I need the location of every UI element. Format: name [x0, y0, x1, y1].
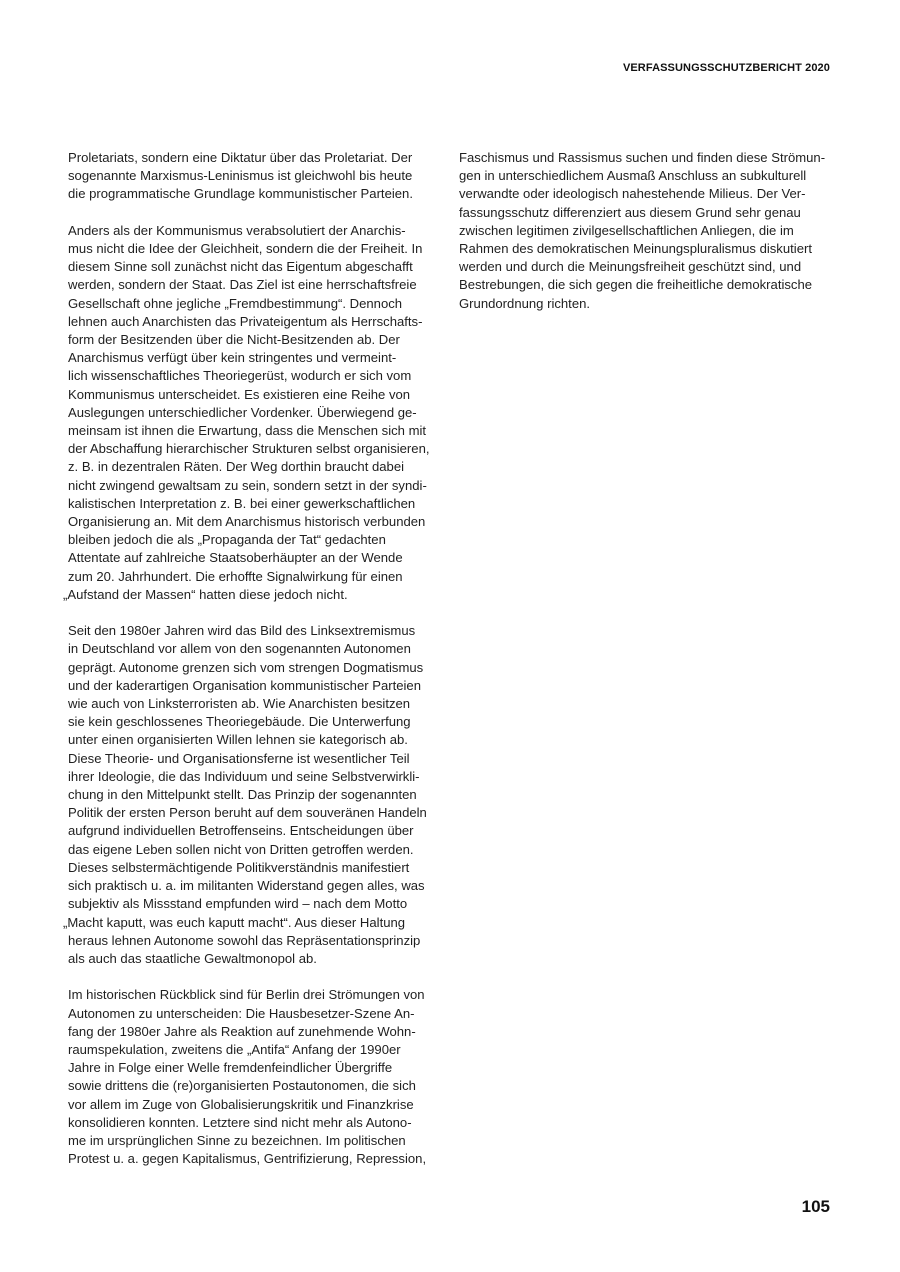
text-line: gen in unterschiedlichem Ausmaß Anschlus…	[459, 167, 839, 185]
text-line: Faschismus und Rassismus suchen und find…	[459, 149, 839, 167]
text-line: „Aufstand der Massen“ hatten diese jedoc…	[63, 586, 453, 604]
paragraph-marxism-leninism: Proletariats, sondern eine Diktatur über…	[68, 149, 453, 204]
text-line: zwischen legitimen zivilgesellschaftlich…	[459, 222, 839, 240]
text-line: Attentate auf zahlreiche Staatsoberhäupt…	[68, 549, 453, 567]
text-line: sowie drittens die (re)organisierten Pos…	[68, 1077, 453, 1095]
text-line: Kommunismus unterscheidet. Es existieren…	[68, 386, 453, 404]
text-line: aufgrund individuellen Betroffenseins. E…	[68, 822, 453, 840]
text-line: Im historischen Rückblick sind für Berli…	[68, 986, 453, 1004]
text-line: unter einen organisierten Willen lehnen …	[68, 731, 453, 749]
running-header: VERFASSUNGSSCHUTZBERICHT 2020	[623, 62, 830, 74]
paragraph-autonome: Seit den 1980er Jahren wird das Bild des…	[68, 622, 453, 968]
text-line: Anarchismus verfügt über kein stringente…	[68, 349, 453, 367]
text-line: form der Besitzenden über die Nicht-Besi…	[68, 331, 453, 349]
text-line: sogenannte Marxismus-Leninismus ist glei…	[68, 167, 453, 185]
text-line: zum 20. Jahrhundert. Die erhoffte Signal…	[68, 568, 453, 586]
text-line: subjektiv als Missstand empfunden wird –…	[68, 895, 453, 913]
text-line: heraus lehnen Autonome sowohl das Repräs…	[68, 932, 453, 950]
text-line: geprägt. Autonome grenzen sich vom stren…	[68, 659, 453, 677]
text-line: kalistischen Interpretation z. B. bei ei…	[68, 495, 453, 513]
text-line: und der kaderartigen Organisation kommun…	[68, 677, 453, 695]
text-line: Auslegungen unterschiedlicher Vordenker.…	[68, 404, 453, 422]
text-line: sich praktisch u. a. im militanten Wider…	[68, 877, 453, 895]
text-line: wie auch von Linksterroristen ab. Wie An…	[68, 695, 453, 713]
text-line: Politik der ersten Person beruht auf dem…	[68, 804, 453, 822]
right-column: Faschismus und Rassismus suchen und find…	[459, 149, 839, 331]
text-line: als auch das staatliche Gewaltmonopol ab…	[68, 950, 453, 968]
text-line: Proletariats, sondern eine Diktatur über…	[68, 149, 453, 167]
text-line: Autonomen zu unterscheiden: Die Hausbese…	[68, 1005, 453, 1023]
text-line: Anders als der Kommunismus verabsolutier…	[68, 222, 453, 240]
text-line: der Abschaffung hierarchischer Strukture…	[68, 440, 453, 458]
text-line: verwandte oder ideologisch nahestehende …	[459, 185, 839, 203]
text-line: nicht zwingend gewaltsam zu sein, sonder…	[68, 477, 453, 495]
text-line: das eigene Leben sollen nicht von Dritte…	[68, 841, 453, 859]
page-number: 105	[802, 1197, 830, 1217]
text-line: werden, sondern der Staat. Das Ziel ist …	[68, 276, 453, 294]
text-line: diesem Sinne soll zunächst nicht das Eig…	[68, 258, 453, 276]
text-line: Seit den 1980er Jahren wird das Bild des…	[68, 622, 453, 640]
text-line: Rahmen des demokratischen Meinungsplural…	[459, 240, 839, 258]
text-line: die programmatische Grundlage kommunisti…	[68, 185, 453, 203]
text-line: konsolidieren konnten. Letztere sind nic…	[68, 1114, 453, 1132]
text-line: Jahre in Folge einer Welle fremdenfeindl…	[68, 1059, 453, 1077]
text-line: mus nicht die Idee der Gleichheit, sonde…	[68, 240, 453, 258]
text-line: z. B. in dezentralen Räten. Der Weg dort…	[68, 458, 453, 476]
text-line: fassungsschutz differenziert aus diesem …	[459, 204, 839, 222]
text-line: me im ursprünglichen Sinne zu bezeichnen…	[68, 1132, 453, 1150]
text-line: bleiben jedoch die als „Propaganda der T…	[68, 531, 453, 549]
text-line: ihrer Ideologie, die das Individuum und …	[68, 768, 453, 786]
text-line: vor allem im Zuge von Globalisierungskri…	[68, 1096, 453, 1114]
text-line: Bestrebungen, die sich gegen die freihei…	[459, 276, 839, 294]
text-line: chung in den Mittelpunkt stellt. Das Pri…	[68, 786, 453, 804]
text-line: Diese Theorie- und Organisationsferne is…	[68, 750, 453, 768]
text-line: meinsam ist ihnen die Erwartung, dass di…	[68, 422, 453, 440]
text-line: „Macht kaputt, was euch kaputt macht“. A…	[63, 914, 453, 932]
text-line: lehnen auch Anarchisten das Privateigent…	[68, 313, 453, 331]
text-line: werden und durch die Meinungsfreiheit ge…	[459, 258, 839, 276]
text-line: lich wissenschaftliches Theoriegerüst, w…	[68, 367, 453, 385]
text-line: Grundordnung richten.	[459, 295, 839, 313]
left-column: Proletariats, sondern eine Diktatur über…	[68, 149, 453, 1187]
text-line: in Deutschland vor allem von den sogenan…	[68, 640, 453, 658]
text-line: Organisierung an. Mit dem Anarchismus hi…	[68, 513, 453, 531]
paragraph-verfassungsschutz: Faschismus und Rassismus suchen und find…	[459, 149, 839, 313]
text-line: sie kein geschlossenes Theoriegebäude. D…	[68, 713, 453, 731]
paragraph-anarchism: Anders als der Kommunismus verabsolutier…	[68, 222, 453, 604]
text-line: raumspekulation, zweitens die „Antifa“ A…	[68, 1041, 453, 1059]
paragraph-historical-review: Im historischen Rückblick sind für Berli…	[68, 986, 453, 1168]
text-line: Dieses selbstermächtigende Politikverstä…	[68, 859, 453, 877]
text-line: Gesellschaft ohne jegliche „Fremdbestimm…	[68, 295, 453, 313]
text-line: fang der 1980er Jahre als Reaktion auf z…	[68, 1023, 453, 1041]
text-line: Protest u. a. gegen Kapitalismus, Gentri…	[68, 1150, 453, 1168]
